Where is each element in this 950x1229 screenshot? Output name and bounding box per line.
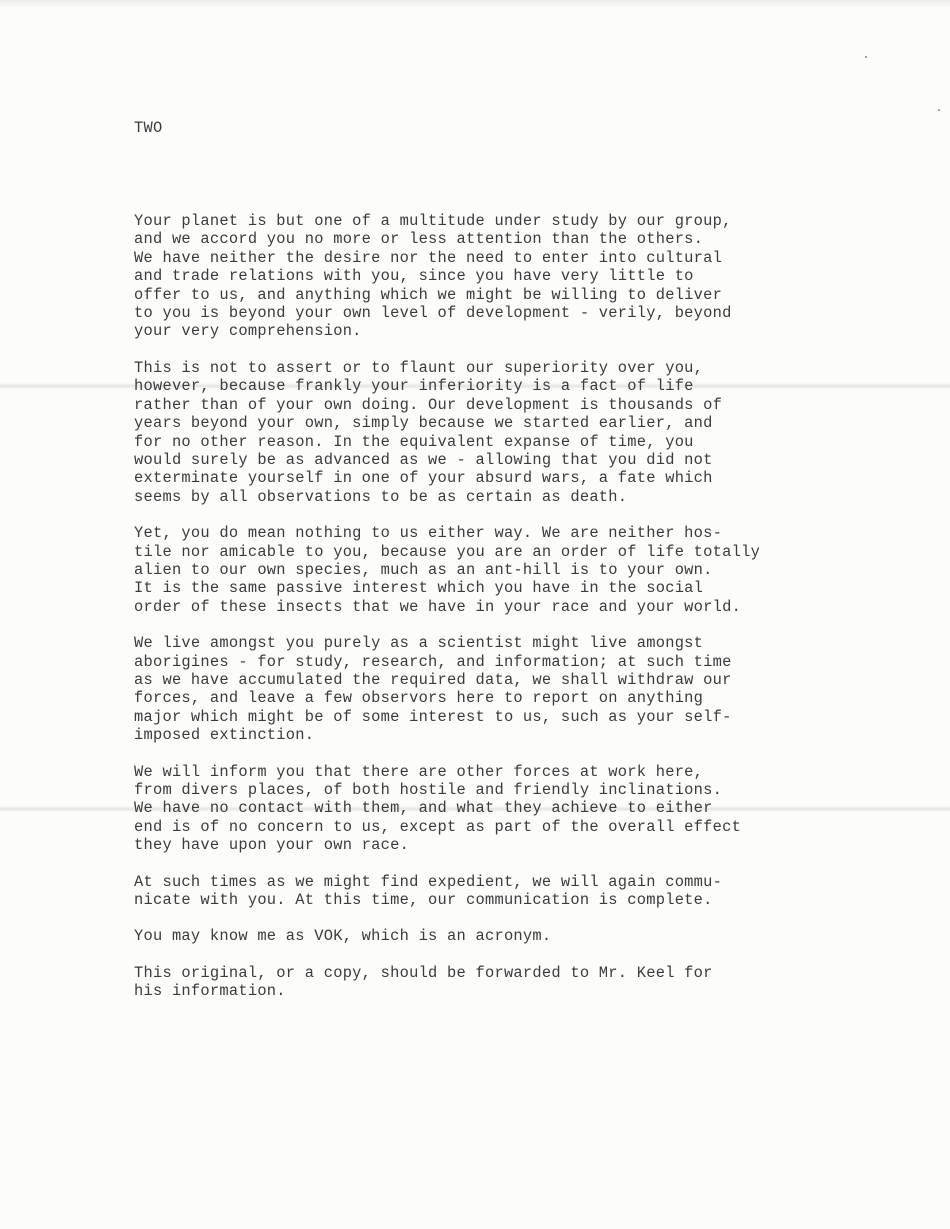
text-line: however, because frankly your inferiorit… bbox=[134, 377, 760, 395]
paragraph: We will inform you that there are other … bbox=[134, 763, 760, 855]
text-line: At such times as we might find expedient… bbox=[134, 873, 760, 891]
paragraph: This is not to assert or to flaunt our s… bbox=[134, 359, 760, 506]
paragraph: This original, or a copy, should be forw… bbox=[134, 964, 760, 1001]
paragraph: We live amongst you purely as a scientis… bbox=[134, 634, 760, 744]
text-line: We have neither the desire nor the need … bbox=[134, 249, 760, 267]
text-line: as we have accumulated the required data… bbox=[134, 671, 760, 689]
text-line: We live amongst you purely as a scientis… bbox=[134, 634, 760, 652]
text-line: This is not to assert or to flaunt our s… bbox=[134, 359, 760, 377]
text-line: imposed extinction. bbox=[134, 726, 760, 744]
text-line: forces, and leave a few observors here t… bbox=[134, 689, 760, 707]
paragraph: You may know me as VOK, which is an acro… bbox=[134, 927, 760, 945]
text-line: for no other reason. In the equivalent e… bbox=[134, 433, 760, 451]
text-line: order of these insects that we have in y… bbox=[134, 598, 760, 616]
text-line: his information. bbox=[134, 982, 760, 1000]
paper-top-edge bbox=[0, 0, 950, 8]
text-line: to you is beyond your own level of devel… bbox=[134, 304, 760, 322]
text-line: We have no contact with them, and what t… bbox=[134, 799, 760, 817]
text-line: your very comprehension. bbox=[134, 322, 760, 340]
paragraph: At such times as we might find expedient… bbox=[134, 873, 760, 910]
paper-speck bbox=[865, 56, 867, 58]
text-line: end is of no concern to us, except as pa… bbox=[134, 818, 760, 836]
text-line: You may know me as VOK, which is an acro… bbox=[134, 927, 760, 945]
typewritten-page: TWO Your planet is but one of a multitud… bbox=[0, 0, 950, 1229]
text-line: and we accord you no more or less attent… bbox=[134, 230, 760, 248]
text-line: Your planet is but one of a multitude un… bbox=[134, 212, 760, 230]
paragraph: Yet, you do mean nothing to us either wa… bbox=[134, 524, 760, 616]
text-line: offer to us, and anything which we might… bbox=[134, 286, 760, 304]
text-line: and trade relations with you, since you … bbox=[134, 267, 760, 285]
paragraph: Your planet is but one of a multitude un… bbox=[134, 212, 760, 341]
paragraph-container: Your planet is but one of a multitude un… bbox=[134, 212, 760, 1001]
text-line: tile nor amicable to you, because you ar… bbox=[134, 543, 760, 561]
text-line: Yet, you do mean nothing to us either wa… bbox=[134, 524, 760, 542]
paper-speck bbox=[938, 109, 940, 111]
text-line: rather than of your own doing. Our devel… bbox=[134, 396, 760, 414]
text-line: alien to our own species, much as an ant… bbox=[134, 561, 760, 579]
text-line: exterminate yourself in one of your absu… bbox=[134, 469, 760, 487]
text-line: years beyond your own, simply because we… bbox=[134, 414, 760, 432]
text-line: they have upon your own race. bbox=[134, 836, 760, 854]
text-line: would surely be as advanced as we - allo… bbox=[134, 451, 760, 469]
text-line: It is the same passive interest which yo… bbox=[134, 579, 760, 597]
text-line: seems by all observations to be as certa… bbox=[134, 488, 760, 506]
text-line: We will inform you that there are other … bbox=[134, 763, 760, 781]
text-line: nicate with you. At this time, our commu… bbox=[134, 891, 760, 909]
letter-body: TWO Your planet is but one of a multitud… bbox=[134, 82, 760, 1055]
text-line: This original, or a copy, should be forw… bbox=[134, 964, 760, 982]
text-line: major which might be of some interest to… bbox=[134, 708, 760, 726]
text-line: aborigines - for study, research, and in… bbox=[134, 653, 760, 671]
text-line: from divers places, of both hostile and … bbox=[134, 781, 760, 799]
page-number-label: TWO bbox=[134, 119, 760, 137]
